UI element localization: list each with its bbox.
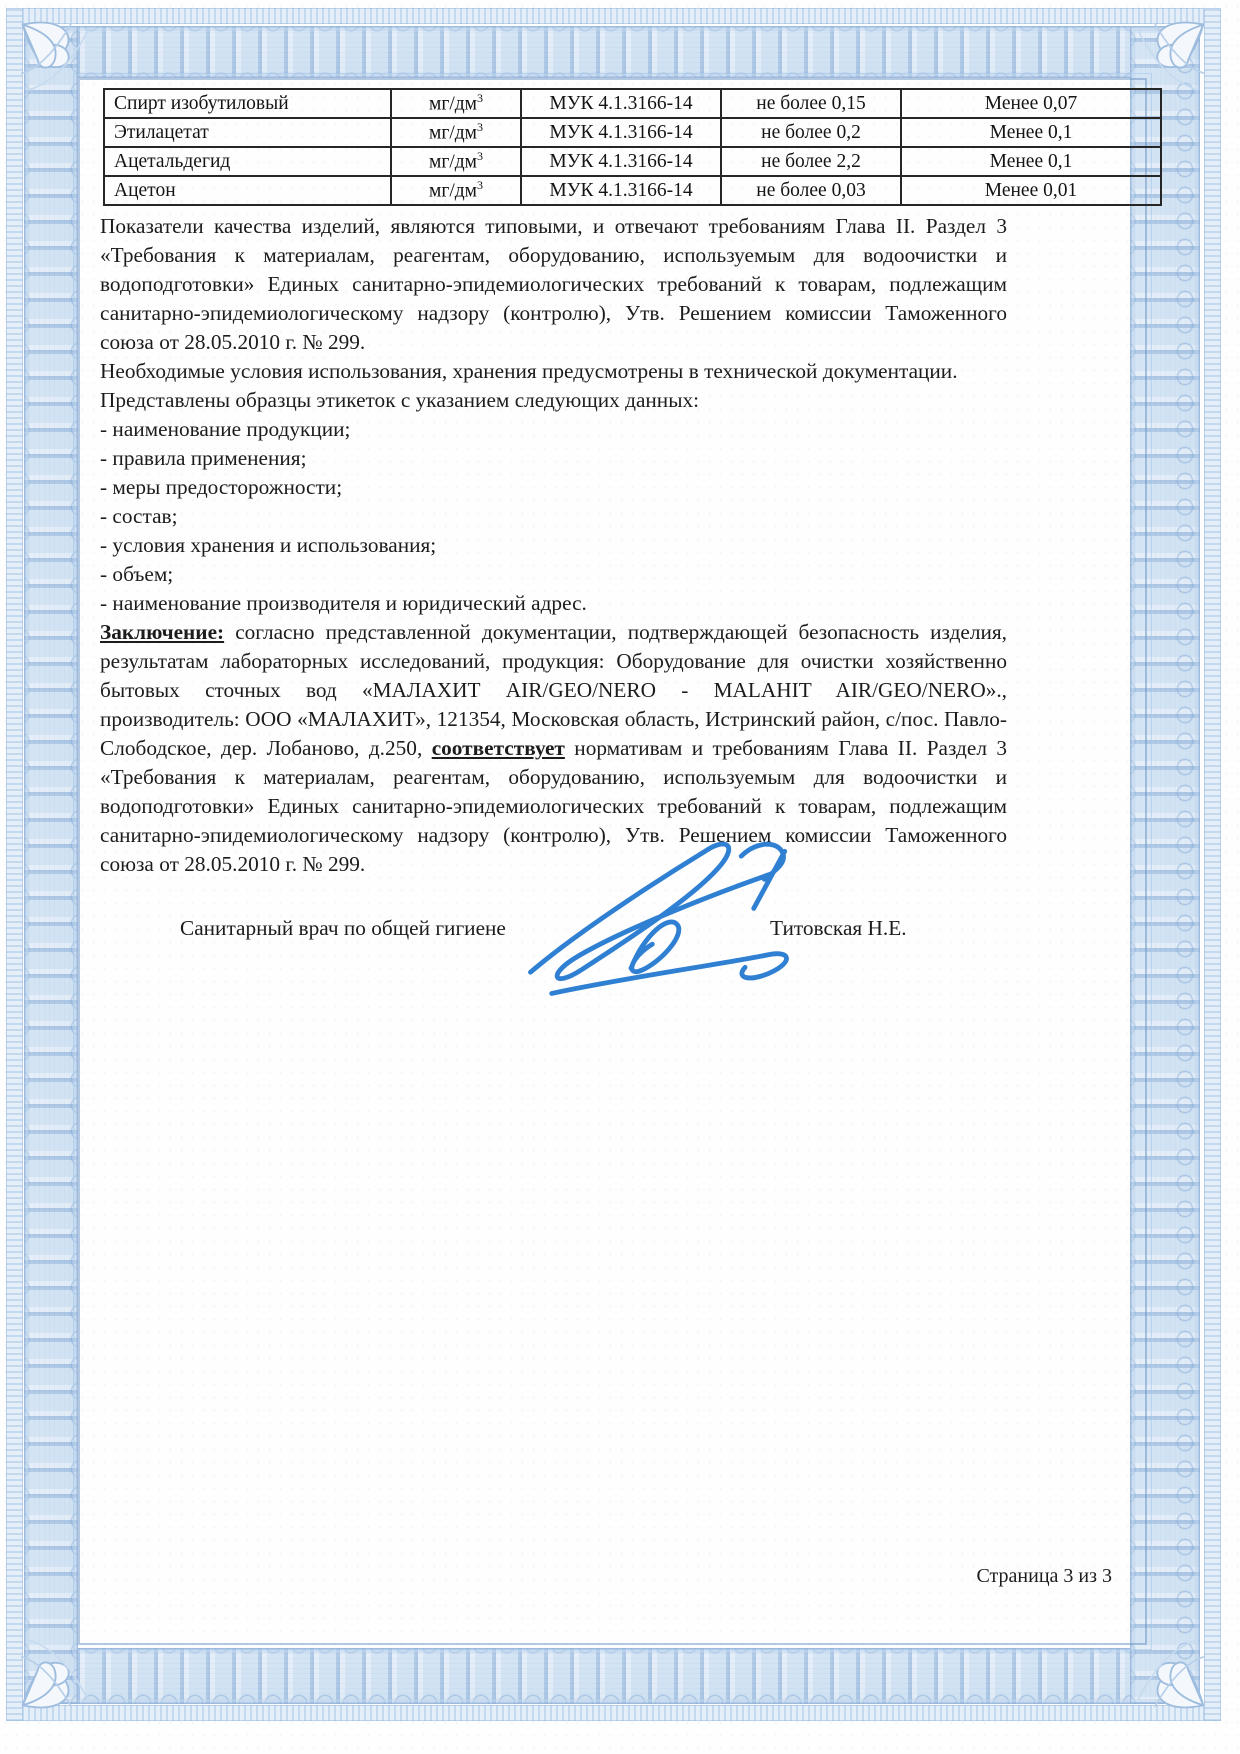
label-list-item: - состав;: [100, 502, 1007, 531]
guilloche-band-left: [24, 26, 78, 1704]
cell-method: МУК 4.1.3166-14: [521, 147, 721, 176]
cell-result: Менее 0,01: [901, 176, 1161, 205]
cell-unit: мг/дм3: [391, 147, 521, 176]
cell-limit: не более 0,2: [721, 118, 901, 147]
guilloche-band-right: [1130, 26, 1200, 1704]
cell-substance: Этилацетат: [104, 118, 391, 147]
border-outer-strip-left: [6, 8, 23, 1721]
cell-method: МУК 4.1.3166-14: [521, 89, 721, 118]
cell-limit: не более 0,03: [721, 176, 901, 205]
page-number: Страница 3 из 3: [850, 1565, 1112, 1588]
cell-limit: не более 0,15: [721, 89, 901, 118]
border-outer-strip-top: [22, 8, 1204, 24]
conclusion-lead: Заключение:: [100, 620, 224, 644]
analysis-table: Спирт изобутиловый мг/дм3 МУК 4.1.3166-1…: [103, 88, 1162, 206]
paragraph-labels-intro: Представлены образцы этикеток с указание…: [100, 386, 1007, 415]
guilloche-band-bottom: [26, 1648, 1200, 1704]
label-list-item: - условия хранения и использования;: [100, 531, 1007, 560]
cell-method: МУК 4.1.3166-14: [521, 118, 721, 147]
signer-role-label: Санитарный врач по общей гигиене: [180, 916, 506, 941]
cell-result: Менее 0,1: [901, 118, 1161, 147]
paragraph-quality: Показатели качества изделий, являются ти…: [100, 212, 1007, 357]
border-outer-strip-right: [1204, 8, 1221, 1721]
cell-method: МУК 4.1.3166-14: [521, 176, 721, 205]
corner-ornament-icon: [16, 1628, 100, 1712]
signature-ink-icon: [515, 822, 805, 1017]
label-list-item: - объем;: [100, 560, 1007, 589]
table-row: Ацетон мг/дм3 МУК 4.1.3166-14 не более 0…: [104, 176, 1161, 205]
border-outer-strip-bottom: [22, 1705, 1204, 1721]
table-row: Спирт изобутиловый мг/дм3 МУК 4.1.3166-1…: [104, 89, 1161, 118]
table-row: Ацетальдегид мг/дм3 МУК 4.1.3166-14 не б…: [104, 147, 1161, 176]
cell-substance: Ацетальдегид: [104, 147, 391, 176]
table-row: Этилацетат мг/дм3 МУК 4.1.3166-14 не бол…: [104, 118, 1161, 147]
corner-ornament-icon: [16, 18, 100, 102]
cell-result: Менее 0,07: [901, 89, 1161, 118]
label-list-item: - наименование продукции;: [100, 415, 1007, 444]
label-list-item: - наименование производителя и юридическ…: [100, 589, 1007, 618]
cell-substance: Ацетон: [104, 176, 391, 205]
cell-unit: мг/дм3: [391, 176, 521, 205]
signer-name: Титовская Н.Е.: [770, 916, 907, 941]
cell-substance: Спирт изобутиловый: [104, 89, 391, 118]
cell-unit: мг/дм3: [391, 118, 521, 147]
cell-limit: не более 2,2: [721, 147, 901, 176]
cell-unit: мг/дм3: [391, 89, 521, 118]
document-body: Показатели качества изделий, являются ти…: [100, 212, 1007, 879]
certificate-page: Спирт изобутиловый мг/дм3 МУК 4.1.3166-1…: [0, 0, 1240, 1754]
paragraph-conditions: Необходимые условия использования, хране…: [100, 357, 1007, 386]
label-list-item: - правила применения;: [100, 444, 1007, 473]
cell-result: Менее 0,1: [901, 147, 1161, 176]
conclusion-emphasis: соответствует: [432, 736, 565, 760]
guilloche-band-top: [26, 26, 1200, 78]
label-list-item: - меры предосторожности;: [100, 473, 1007, 502]
corner-ornament-icon: [1126, 1628, 1210, 1712]
